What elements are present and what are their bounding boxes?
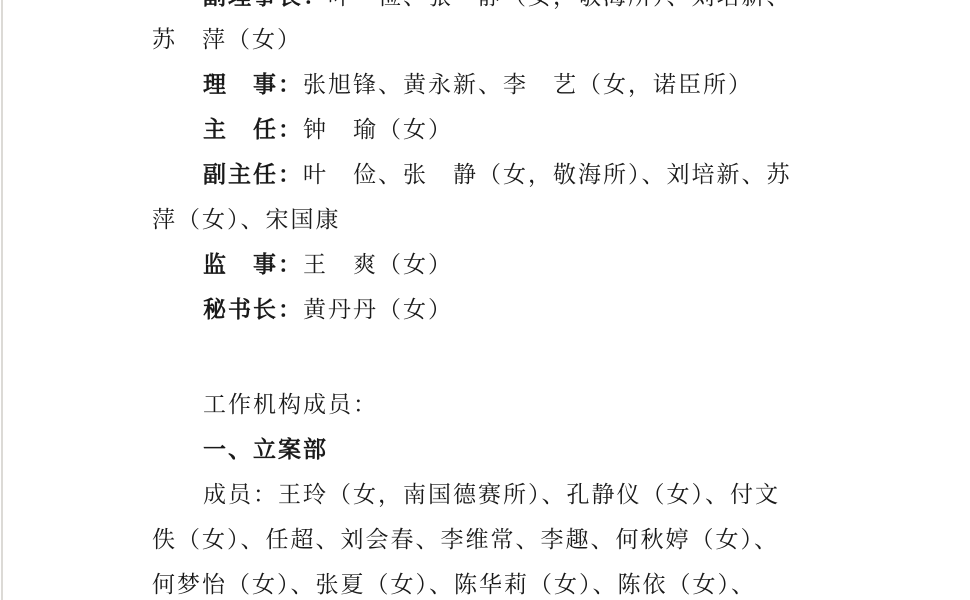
- supervisor-name: 王 爽（女）: [303, 252, 453, 278]
- members-names-1: 王玲（女，南国德赛所）、孔静仪（女）、付文: [278, 482, 780, 508]
- document-page: 副理事长：叶 俭、张 静（女，敬海所）、刘培新、 苏 萍（女） 理 事：张旭锋、…: [152, 0, 832, 600]
- deputy-director-label: 副主任：: [203, 161, 303, 188]
- secretary-general-line: 秘书长：黄丹丹（女）: [203, 295, 453, 325]
- vice-chairman-names-cont: 苏 萍（女）: [152, 27, 302, 53]
- supervisor-line: 监 事：王 爽（女）: [203, 250, 453, 280]
- members-line-2: 佚（女）、任超、刘会春、李维常、李趣、何秋婷（女）、: [152, 525, 779, 555]
- members-line-1: 成员：王玲（女，南国德赛所）、孔静仪（女）、付文: [203, 480, 780, 510]
- working-body-members-title: 工作机构成员：: [203, 392, 378, 418]
- vice-chairman-continuation: 苏 萍（女）: [152, 25, 302, 55]
- page-edge-divider: [1, 0, 3, 600]
- members-names-3: 何梦怡（女）、张夏（女）、陈华莉（女）、陈依（女）、: [152, 572, 756, 598]
- directors-names: 张旭锋、黄永新、李 艺（女，诺臣所）: [303, 72, 753, 98]
- members-line-3: 何梦怡（女）、张夏（女）、陈华莉（女）、陈依（女）、: [152, 570, 756, 600]
- director-head-name: 钟 瑜（女）: [303, 117, 453, 143]
- vice-chairman-line: 副理事长：叶 俭、张 静（女，敬海所）、刘培新、: [203, 0, 792, 12]
- deputy-director-names: 叶 俭、张 静（女，敬海所）、刘培新、苏: [303, 162, 792, 188]
- members-label: 成员：: [203, 482, 278, 508]
- vice-chairman-label: 副理事长：: [203, 0, 328, 10]
- secretary-general-name: 黄丹丹（女）: [303, 297, 453, 323]
- director-head-line: 主 任：钟 瑜（女）: [203, 115, 453, 145]
- vice-chairman-names: 叶 俭、张 静（女，敬海所）、刘培新、: [328, 0, 792, 10]
- deputy-director-names-cont: 萍（女）、宋国康: [152, 207, 341, 233]
- director-head-label: 主 任：: [203, 116, 303, 143]
- secretary-general-label: 秘书长：: [203, 296, 303, 323]
- subsection-heading: 一、立案部: [203, 435, 328, 465]
- members-names-2: 佚（女）、任超、刘会春、李维常、李趣、何秋婷（女）、: [152, 527, 779, 553]
- directors-label: 理 事：: [203, 71, 303, 98]
- deputy-director-continuation: 萍（女）、宋国康: [152, 205, 341, 235]
- filing-department-heading: 一、立案部: [203, 437, 328, 463]
- document-viewport: 副理事长：叶 俭、张 静（女，敬海所）、刘培新、 苏 萍（女） 理 事：张旭锋、…: [0, 0, 970, 600]
- section-title: 工作机构成员：: [203, 390, 378, 420]
- deputy-director-line: 副主任：叶 俭、张 静（女，敬海所）、刘培新、苏: [203, 160, 792, 190]
- directors-line: 理 事：张旭锋、黄永新、李 艺（女，诺臣所）: [203, 70, 753, 100]
- supervisor-label: 监 事：: [203, 251, 303, 278]
